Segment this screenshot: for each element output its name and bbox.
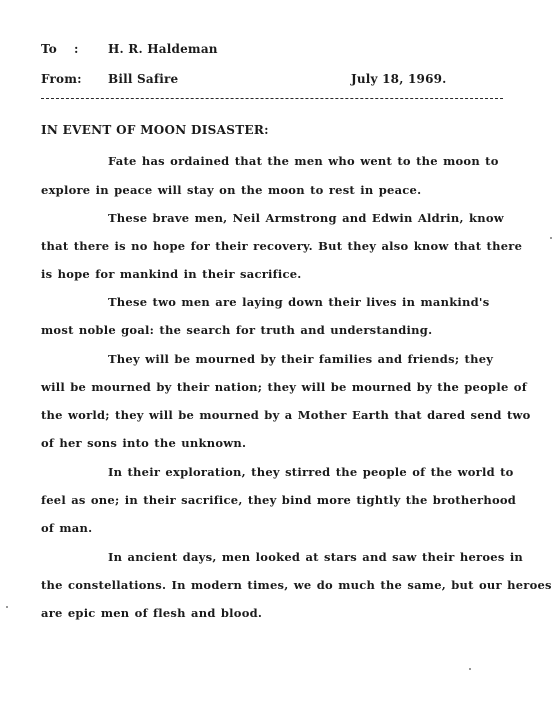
to-colon: : <box>74 42 79 56</box>
memo-date: July 18, 1969. <box>351 72 447 86</box>
body-line: feel as one; in their sacrifice, they bi… <box>41 493 516 507</box>
scan-speck <box>6 606 8 608</box>
from-label: From: <box>41 72 82 86</box>
memo-title: IN EVENT OF MOON DISASTER: <box>41 123 269 137</box>
body-line: is hope for mankind in their sacrifice. <box>41 267 302 281</box>
body-line: the world; they will be mourned by a Mot… <box>41 408 531 422</box>
body-line: explore in peace will stay on the moon t… <box>41 183 421 197</box>
header-divider <box>41 98 503 99</box>
body-line: These two men are laying down their live… <box>108 295 489 309</box>
body-line: In ancient days, men looked at stars and… <box>108 550 523 564</box>
scan-speck <box>469 668 471 670</box>
body-line: are epic men of flesh and blood. <box>41 606 262 620</box>
body-line: These brave men, Neil Armstrong and Edwi… <box>108 211 504 225</box>
body-line: will be mourned by their nation; they wi… <box>41 380 527 394</box>
body-line: most noble goal: the search for truth an… <box>41 323 432 337</box>
body-line: that there is no hope for their recovery… <box>41 239 522 253</box>
body-line: Fate has ordained that the men who went … <box>108 154 499 168</box>
body-line: the constellations. In modern times, we … <box>41 578 552 592</box>
body-line: They will be mourned by their families a… <box>108 352 493 366</box>
to-recipient: H. R. Haldeman <box>108 42 218 56</box>
from-sender: Bill Safire <box>108 72 178 86</box>
body-line: In their exploration, they stirred the p… <box>108 465 514 479</box>
scan-speck <box>550 237 552 239</box>
to-label: To <box>41 42 57 56</box>
memo-page: To : H. R. Haldeman From: Bill Safire Ju… <box>0 0 560 720</box>
body-line: of her sons into the unknown. <box>41 436 246 450</box>
body-line: of man. <box>41 521 92 535</box>
